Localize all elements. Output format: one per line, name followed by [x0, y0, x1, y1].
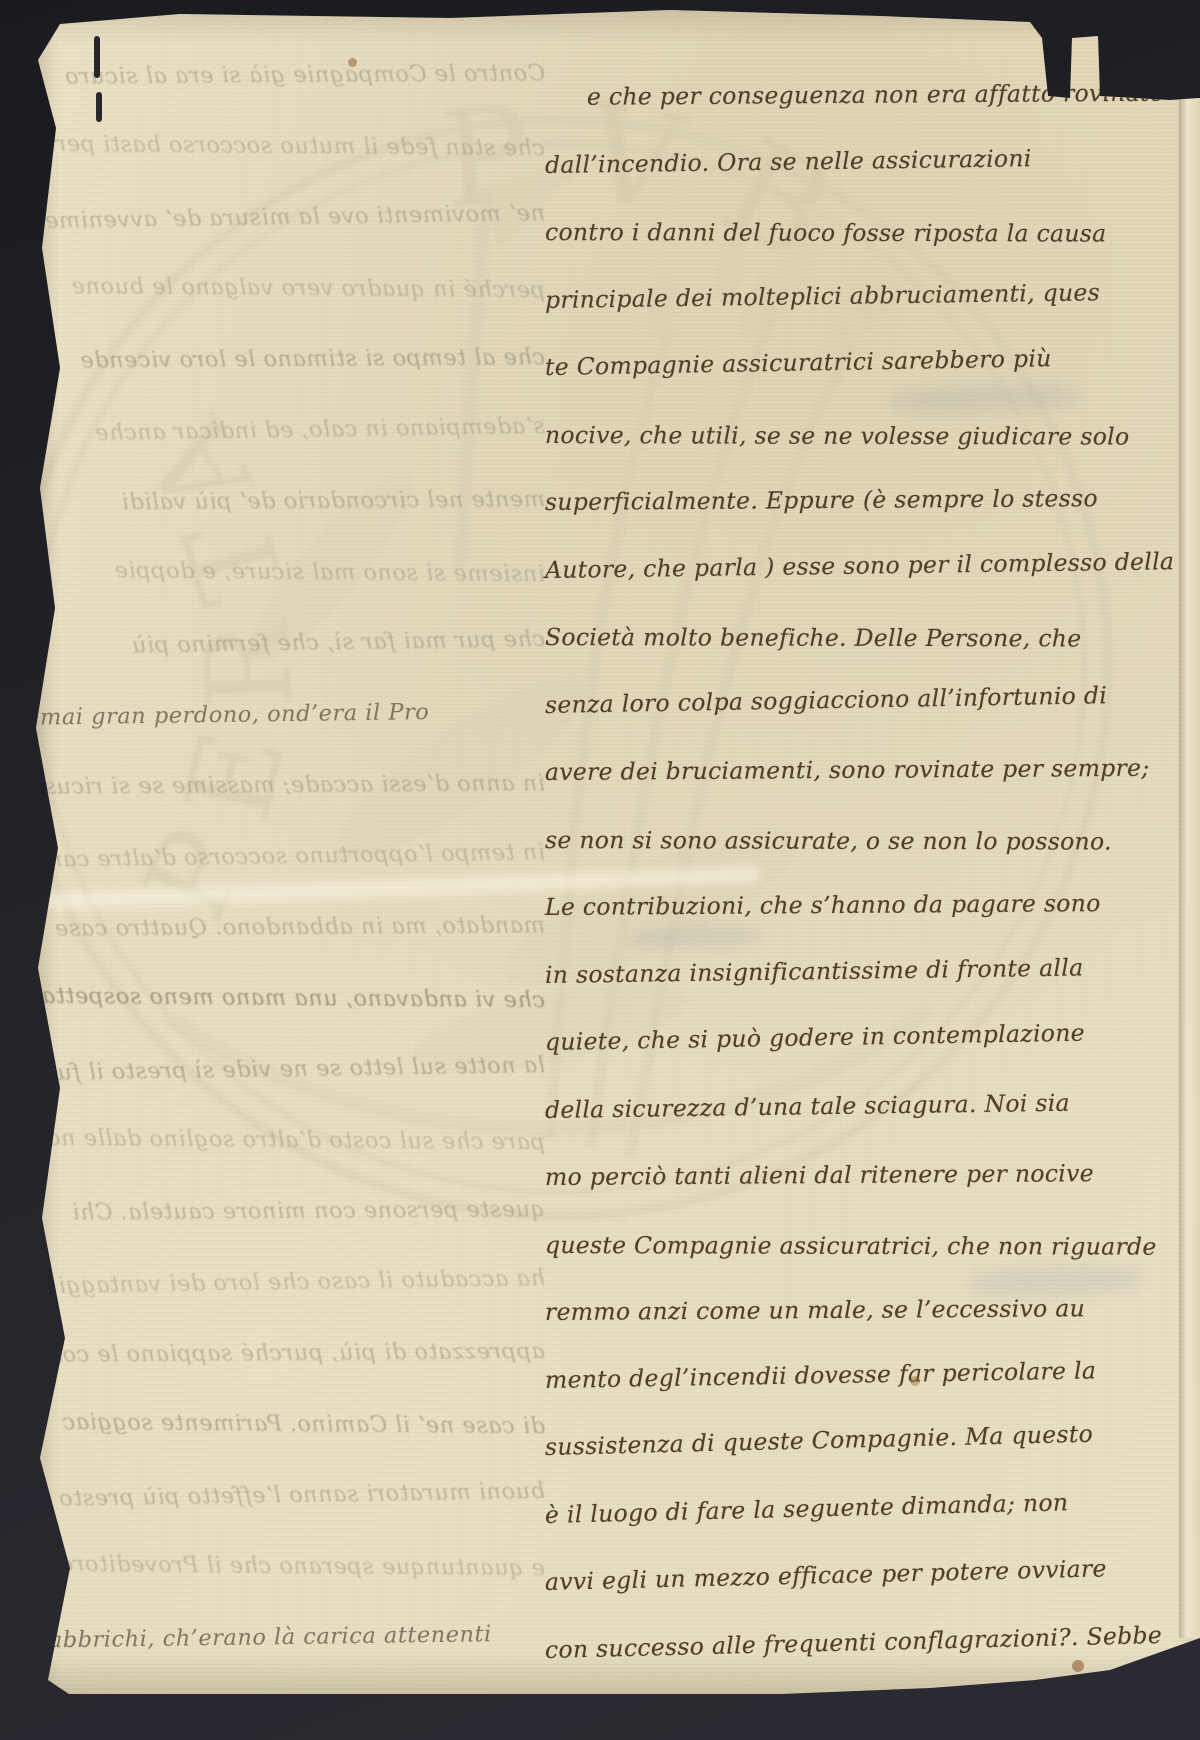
manuscript-line: della sicurezza d’una tale sciagura. Noi… [545, 1091, 1070, 1122]
manuscript-line: è il luogo di fare la seguente dimanda; … [545, 1491, 1069, 1527]
manuscript-line: Società molto benefiche. Delle Persone, … [545, 626, 1082, 651]
showthrough-line: che pur mai far sì, che fermino più [40, 628, 545, 658]
manuscript-line: queste Compagnie assicuratrici, che non … [545, 1234, 1157, 1259]
verso-showthrough: Contro le Compagnie già si era al sicuro… [30, 8, 550, 1694]
showthrough-line: queste persone con minore cautela. Chi [40, 1198, 545, 1224]
manuscript-line: principale dei molteplici abbruciamenti,… [545, 281, 1100, 312]
stain-spot [910, 1376, 920, 1386]
showthrough-line: insieme si sono mal sicure, e doppie [40, 559, 545, 586]
showthrough-line: mai gran perdono, ond’era il Pro [40, 699, 545, 729]
showthrough-line: che stan fede il mutuo soccorso basti pe… [40, 133, 545, 160]
manuscript-line: remmo anzi come un male, se l’eccessivo … [545, 1297, 1085, 1324]
manuscript-line: te Compagnie assicuratrici sarebbero più [545, 347, 1052, 379]
manuscript-line: Le contribuzioni, che s’hanno da pagare … [545, 892, 1101, 919]
stain-spot [348, 58, 357, 67]
manuscript-line: sussistenza di queste Compagnie. Ma ques… [545, 1423, 1094, 1460]
manuscript-line: contro i danni del fuoco fosse riposta l… [545, 221, 1107, 246]
showthrough-line: e quantunque sperano che il Proveditore … [40, 1553, 545, 1580]
showthrough-line: buoni muratori sanno l’effetto più prest… [40, 1480, 545, 1510]
showthrough-line: ne’ movimenti ove la misura de’ avvenime… [40, 202, 545, 232]
showthrough-line: che vi andavano, una mano meno sospetta [40, 985, 545, 1012]
manuscript-line: avvi egli un mezzo efficace per potere o… [545, 1557, 1107, 1594]
showthrough-line: Contro le Compagnie già si era al sicuro [40, 62, 545, 88]
manuscript-line: superficialmente. Eppure (è sempre lo st… [545, 487, 1098, 514]
showthrough-line: ha accaduto il caso che loro dei vantagg… [40, 1267, 545, 1297]
manuscript-line: nocive, che utili, se se ne volesse giud… [545, 424, 1130, 449]
manuscript-line: Autore, che parla ) esse sono per il com… [545, 550, 1175, 582]
showthrough-line: pare che sul costo d’altro soglino dalle… [40, 1127, 545, 1154]
manuscript-line: in sostanza insignificantissime di front… [545, 956, 1084, 987]
page-fold-edge [1179, 90, 1200, 1638]
manuscript-line: con successo alle frequenti conflagrazio… [545, 1623, 1163, 1662]
showthrough-line: fabbrichi, ch’erano là carica attenenti [40, 1622, 545, 1652]
manuscript-line: dall’incendio. Ora se nelle assicurazion… [545, 147, 1032, 177]
manuscript-line: avere dei bruciamenti, sono rovinate per… [545, 757, 1150, 785]
stain-spot [1072, 1660, 1084, 1672]
showthrough-line: in anno d’essi accade; massime se si ric… [40, 772, 545, 798]
showthrough-line: di case ne’ il Camino. Parimente soggiac [40, 1411, 545, 1438]
manuscript-text-block: e che per conseguenza non era affatto ro… [545, 8, 1125, 1694]
showthrough-line: apprezzato di più, purché sappiano le co… [40, 1340, 545, 1366]
showthrough-line: mandato, ma in abbandono. Quattro case [40, 914, 545, 940]
photograph-background: { "meta": { "description": "Photograph o… [0, 0, 1200, 1740]
manuscript-line: se non si sono assicurate, o se non lo p… [545, 829, 1112, 854]
showthrough-line: s’adempiano in calo, ed indicar anche [40, 415, 545, 445]
torn-slit [96, 92, 102, 122]
manuscript-line: quiete, che si può godere in contemplazi… [545, 1022, 1085, 1055]
showthrough-line: mente nel circondario de’ più validi [40, 488, 545, 514]
manuscript-line: e che per conseguenza non era affatto ro… [545, 82, 1164, 110]
torn-slit [94, 36, 100, 78]
manuscript-page: PVB PERTA [30, 8, 1200, 1694]
showthrough-line: perché in quadro vero valgano le buone [40, 275, 545, 302]
showthrough-line: la notte sul letto se ne vide sì presto … [40, 1054, 545, 1084]
manuscript-line: senza loro colpa soggiacciono all’infort… [545, 684, 1107, 717]
manuscript-line: mo perciò tanti alieni dal ritenere per … [545, 1162, 1094, 1189]
manuscript-line: mento degl’incendii dovesse far pericola… [545, 1359, 1097, 1392]
showthrough-line: in tempo l’opportuno soccorso d’altre ca… [40, 841, 545, 871]
showthrough-line: che al tempo si stimano le loro vicende [40, 346, 545, 372]
